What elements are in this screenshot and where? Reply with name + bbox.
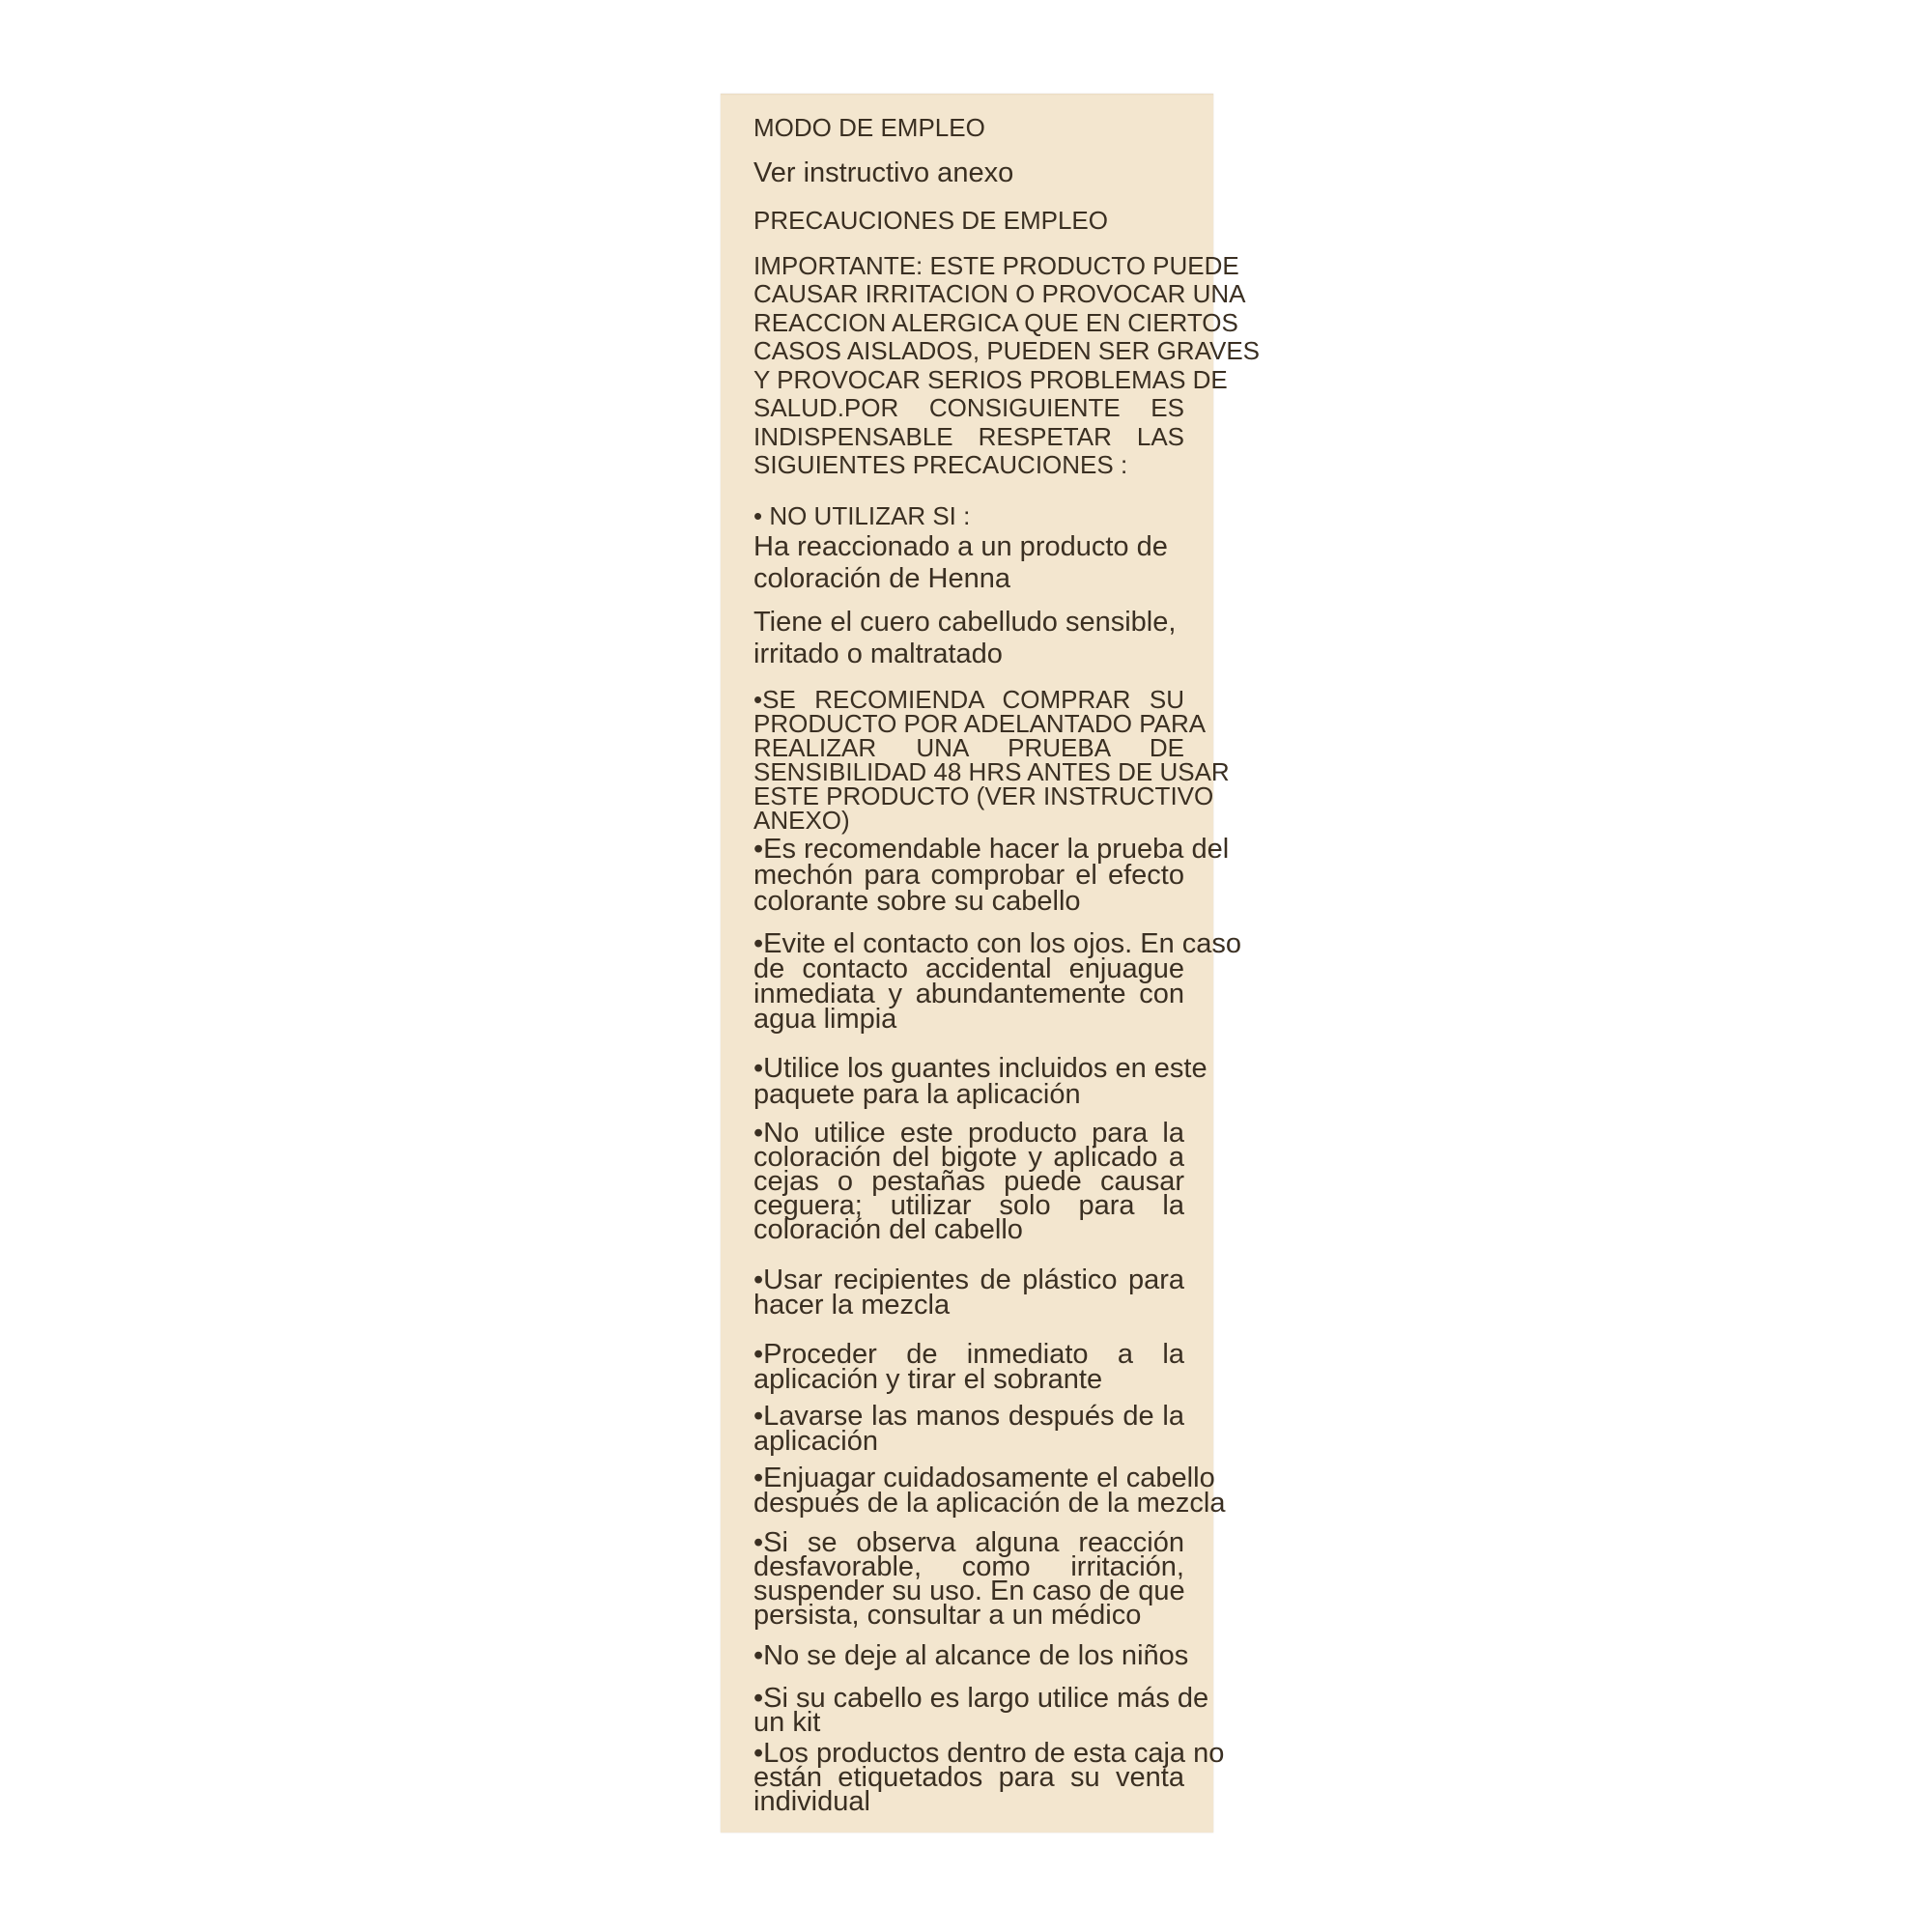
importante-line: CAUSAR IRRITACION O PROVOCAR UNA: [753, 281, 1184, 306]
no-utilizar-heading: • NO UTILIZAR SI :: [753, 503, 1184, 528]
precauciones-heading: PRECAUCIONES DE EMPLEO: [753, 208, 1184, 233]
importante-line: REACCION ALERGICA QUE EN CIERTOS: [753, 310, 1184, 335]
bullet-line: después de la aplicación de la mezcla: [753, 1490, 1184, 1518]
bullet-line: colorante sobre su cabello: [753, 888, 1184, 916]
bullet-line: individual: [753, 1788, 1184, 1816]
importante-line: SALUD.POR CONSIGUIENTE ES: [753, 395, 1184, 420]
bullet-line: aplicación y tirar el sobrante: [753, 1366, 1184, 1394]
modo-de-empleo-text: Ver instructivo anexo: [753, 159, 1184, 187]
bullet-line: paquete para la aplicación: [753, 1081, 1184, 1109]
bullet-line: hacer la mezcla: [753, 1292, 1184, 1320]
bullet-line: •No se deje al alcance de los niños: [753, 1642, 1184, 1670]
bullet-line: agua limpia: [753, 1006, 1184, 1034]
importante-line: INDISPENSABLE RESPETAR LAS: [753, 424, 1184, 449]
modo-de-empleo-heading: MODO DE EMPLEO: [753, 115, 1184, 140]
bullet-line: aplicación: [753, 1428, 1184, 1456]
no-utilizar-item: Ha reaccionado a un producto de: [753, 533, 1184, 561]
importante-line: SIGUIENTES PRECAUCIONES :: [753, 452, 1184, 477]
bullet-line: coloración del cabello: [753, 1216, 1184, 1244]
no-utilizar-item: Tiene el cuero cabelludo sensible,: [753, 609, 1184, 637]
product-box-side-panel: MODO DE EMPLEO Ver instructivo anexo PRE…: [721, 94, 1213, 1833]
no-utilizar-item: irritado o maltratado: [753, 640, 1184, 668]
importante-line: Y PROVOCAR SERIOS PROBLEMAS DE: [753, 367, 1184, 392]
bullet-line: ANEXO): [753, 808, 1184, 833]
no-utilizar-item: coloración de Henna: [753, 565, 1184, 593]
importante-line: IMPORTANTE: ESTE PRODUCTO PUEDE: [753, 253, 1184, 278]
bullet-line: persista, consultar a un médico: [753, 1602, 1184, 1630]
importante-line: CASOS AISLADOS, PUEDEN SER GRAVES: [753, 338, 1184, 363]
bullet-line: un kit: [753, 1709, 1184, 1737]
